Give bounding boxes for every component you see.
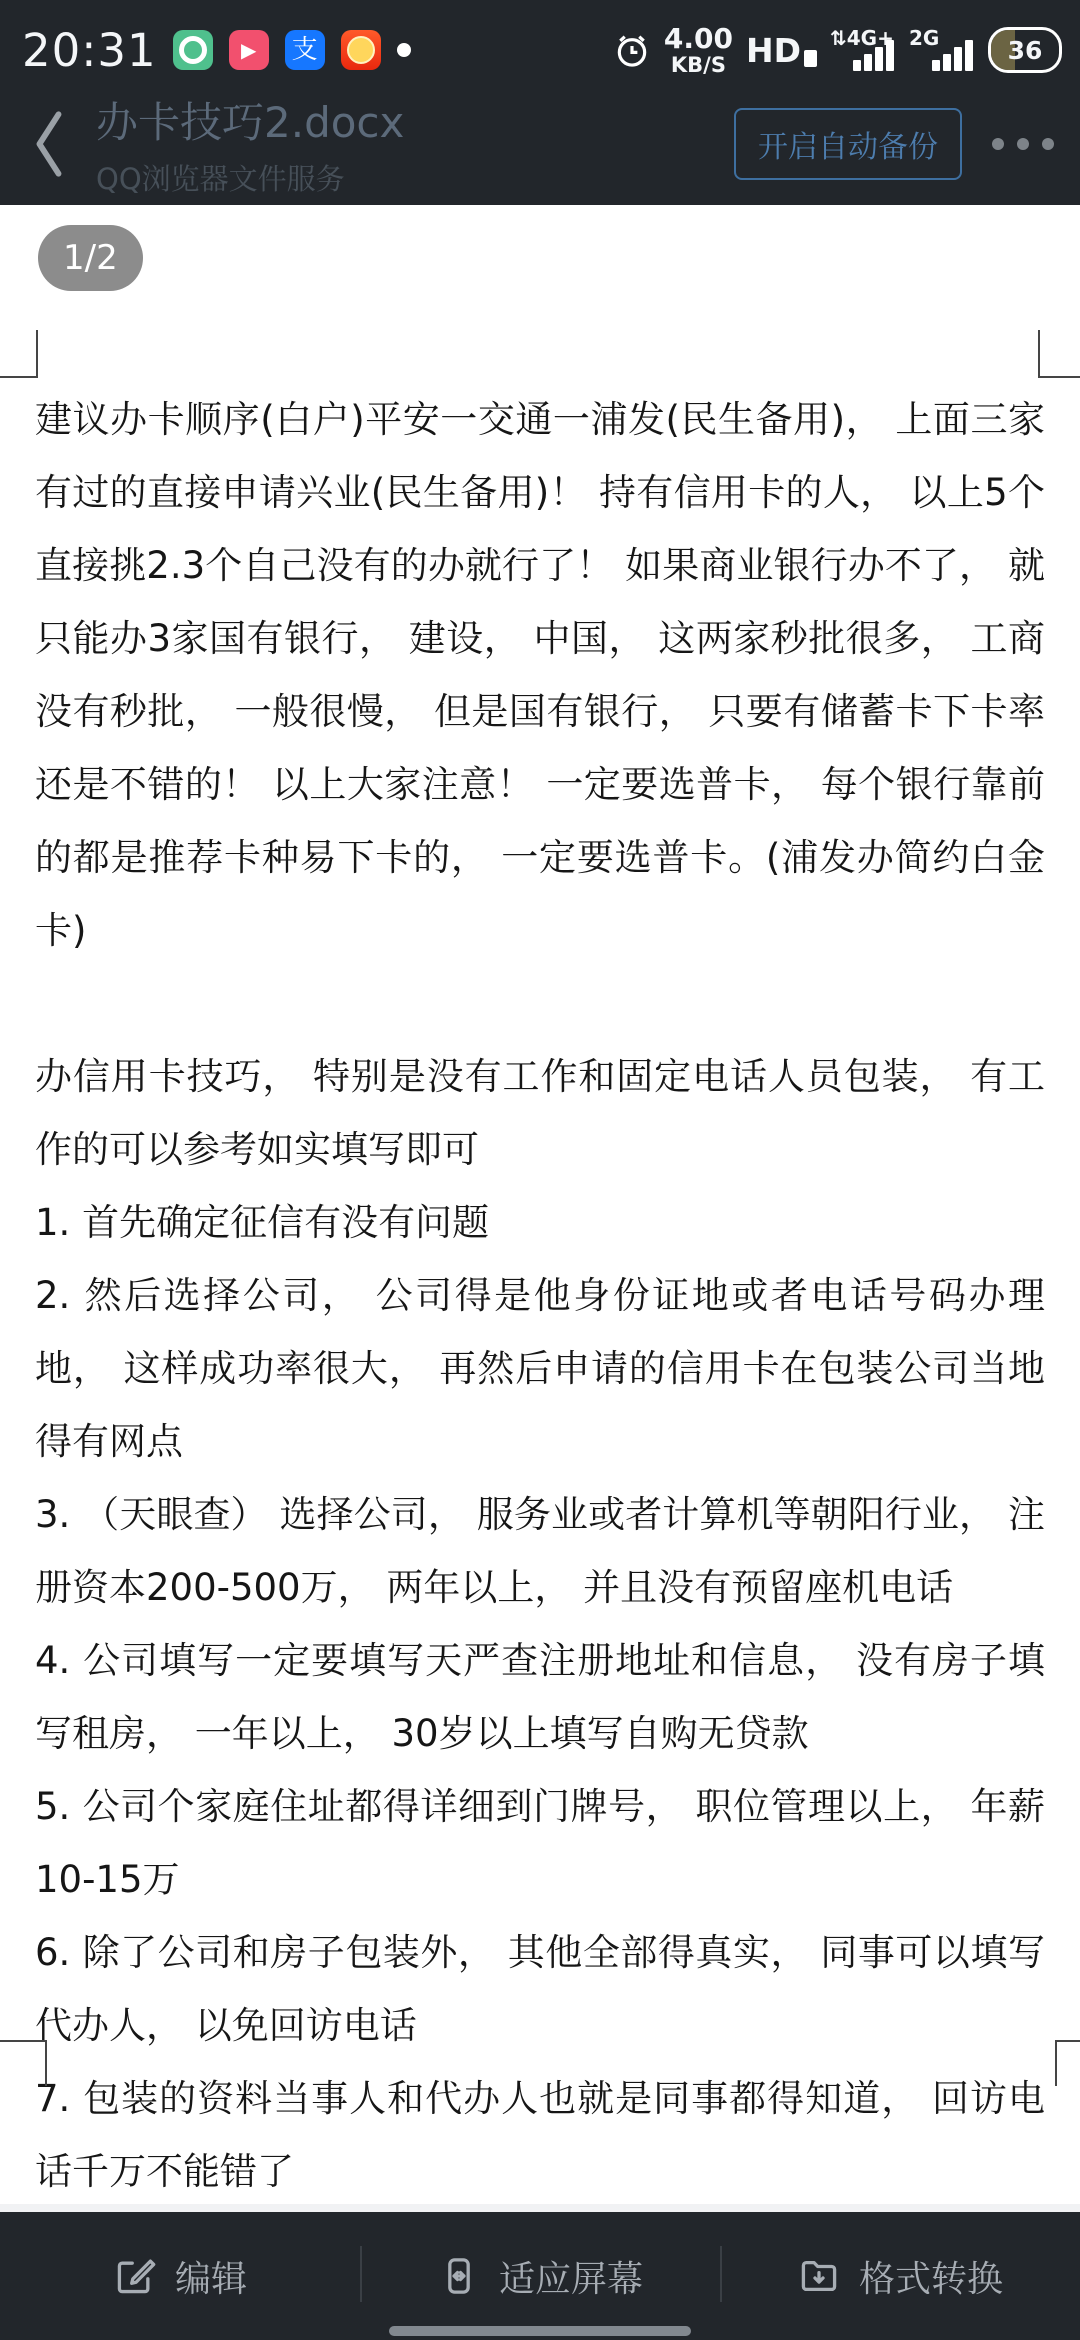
edit-button[interactable]: 编辑 [0, 2212, 360, 2340]
document-paragraph: 建议办卡顺序(白户)平安一交通一浦发(民生备用)， 上面三家有过的直接申请兴业(… [35, 383, 1045, 967]
page-corner-mark [0, 330, 38, 378]
document-paragraph: 4. 公司填写一定要填写天严查注册地址和信息， 没有房子填写租房， 一年以上， … [35, 1624, 1045, 1770]
page-corner-mark [1038, 330, 1080, 378]
document-paragraph: 6. 除了公司和房子包装外， 其他全部得真实， 同事可以填写代办人， 以免回访电… [35, 1916, 1045, 2062]
page-corner-mark [1055, 2040, 1080, 2086]
signal-bar [943, 54, 951, 71]
document-paragraph: 1. 首先确定征信有没有问题 [35, 1186, 1045, 1259]
document-paragraph: 3. （天眼查） 选择公司， 服务业或者计算机等朝阳行业， 注册资本200-50… [35, 1478, 1045, 1624]
format-convert-label: 格式转换 [859, 2251, 1003, 2302]
fit-screen-label: 适应屏幕 [499, 2251, 643, 2302]
top-bar: 20:31 ▶ 支 4.00 KB/S HD [0, 0, 1080, 205]
notification-dot-icon [397, 43, 411, 57]
document-paragraph: 2. 然后选择公司， 公司得是他身份证地或者电话号码办理地， 这样成功率很大， … [35, 1259, 1045, 1478]
signal-bar [932, 60, 940, 71]
sim2-signal-icon: 2G [909, 27, 975, 73]
edit-pencil-icon [113, 2254, 157, 2298]
home-indicator-handle[interactable] [389, 2326, 691, 2336]
page-indicator-badge: 1/2 [38, 225, 143, 291]
signal-bar [954, 47, 962, 71]
document-paragraph: 7. 包装的资料当事人和代办人也就是同事都得知道， 回访电话千万不能错了 [35, 2062, 1045, 2208]
document-page-view[interactable]: 1/2 建议办卡顺序(白户)平安一交通一浦发(民生备用)， 上面三家有过的直接申… [0, 205, 1080, 2212]
volte-hd-box [804, 50, 817, 67]
menu-dot [1042, 138, 1054, 150]
sim1-signal-bars [853, 40, 894, 71]
status-left: 20:31 ▶ 支 [22, 24, 411, 77]
network-speed: 4.00 KB/S [664, 24, 733, 75]
document-content: 建议办卡顺序(白户)平安一交通一浦发(民生备用)， 上面三家有过的直接申请兴业(… [35, 383, 1045, 2281]
menu-dot [1017, 138, 1029, 150]
alipay-icon: 支 [285, 30, 325, 70]
bottom-toolbar: 编辑 适应屏幕 格式转换 [0, 2212, 1080, 2340]
menu-dot [992, 138, 1004, 150]
edit-label: 编辑 [175, 2251, 247, 2302]
battery-icon: 36 [988, 27, 1062, 73]
volte-hd-label: HD [746, 31, 801, 70]
signal-bar [886, 40, 894, 71]
document-title: 办卡技巧2.docx [96, 90, 734, 150]
battery-percent: 36 [1008, 36, 1043, 65]
ring-glyph [179, 36, 207, 64]
ring-app-icon [173, 30, 213, 70]
more-menu-button[interactable] [992, 138, 1054, 150]
fit-screen-icon [437, 2254, 481, 2298]
tiger-face-glyph [347, 36, 375, 64]
network-speed-unit: KB/S [664, 54, 733, 76]
document-paragraph: 办信用卡技巧， 特别是没有工作和固定电话人员包装， 有工作的可以参考如实填写即可 [35, 1040, 1045, 1186]
volte-hd-icon: HD [746, 31, 817, 70]
signal-bar [965, 40, 973, 71]
format-convert-button[interactable]: 格式转换 [720, 2212, 1080, 2340]
signal-bar [853, 60, 861, 71]
alipay-glyph: 支 [292, 37, 318, 63]
clock-time: 20:31 [22, 24, 157, 77]
page-corner-mark [0, 2040, 47, 2086]
document-paragraph [35, 967, 1045, 1040]
document-header: 办卡技巧2.docx QQ浏览器文件服务 开启自动备份 [0, 88, 1080, 200]
network-speed-value: 4.00 [664, 24, 733, 53]
play-icon: ▶ [241, 40, 256, 60]
fit-screen-button[interactable]: 适应屏幕 [360, 2212, 720, 2340]
signal-bar [875, 47, 883, 71]
video-play-app-icon: ▶ [229, 30, 269, 70]
signal-bar [864, 54, 872, 71]
status-bar: 20:31 ▶ 支 4.00 KB/S HD [0, 0, 1080, 88]
tiger-app-icon [341, 30, 381, 70]
title-block: 办卡技巧2.docx QQ浏览器文件服务 [96, 90, 734, 198]
folder-convert-icon [797, 2254, 841, 2298]
sim1-signal-icon: ⇅4G+ [830, 27, 896, 73]
status-right: 4.00 KB/S HD ⇅4G+ 2G [613, 24, 1062, 75]
phone-screen: 20:31 ▶ 支 4.00 KB/S HD [0, 0, 1080, 2340]
alarm-icon [613, 31, 651, 69]
auto-backup-button[interactable]: 开启自动备份 [734, 108, 962, 180]
document-paragraph: 5. 公司个家庭住址都得详细到门牌号， 职位管理以上， 年薪10-15万 [35, 1770, 1045, 1916]
back-button[interactable] [30, 108, 68, 180]
document-subtitle: QQ浏览器文件服务 [96, 157, 734, 198]
sim2-signal-bars [932, 40, 973, 71]
